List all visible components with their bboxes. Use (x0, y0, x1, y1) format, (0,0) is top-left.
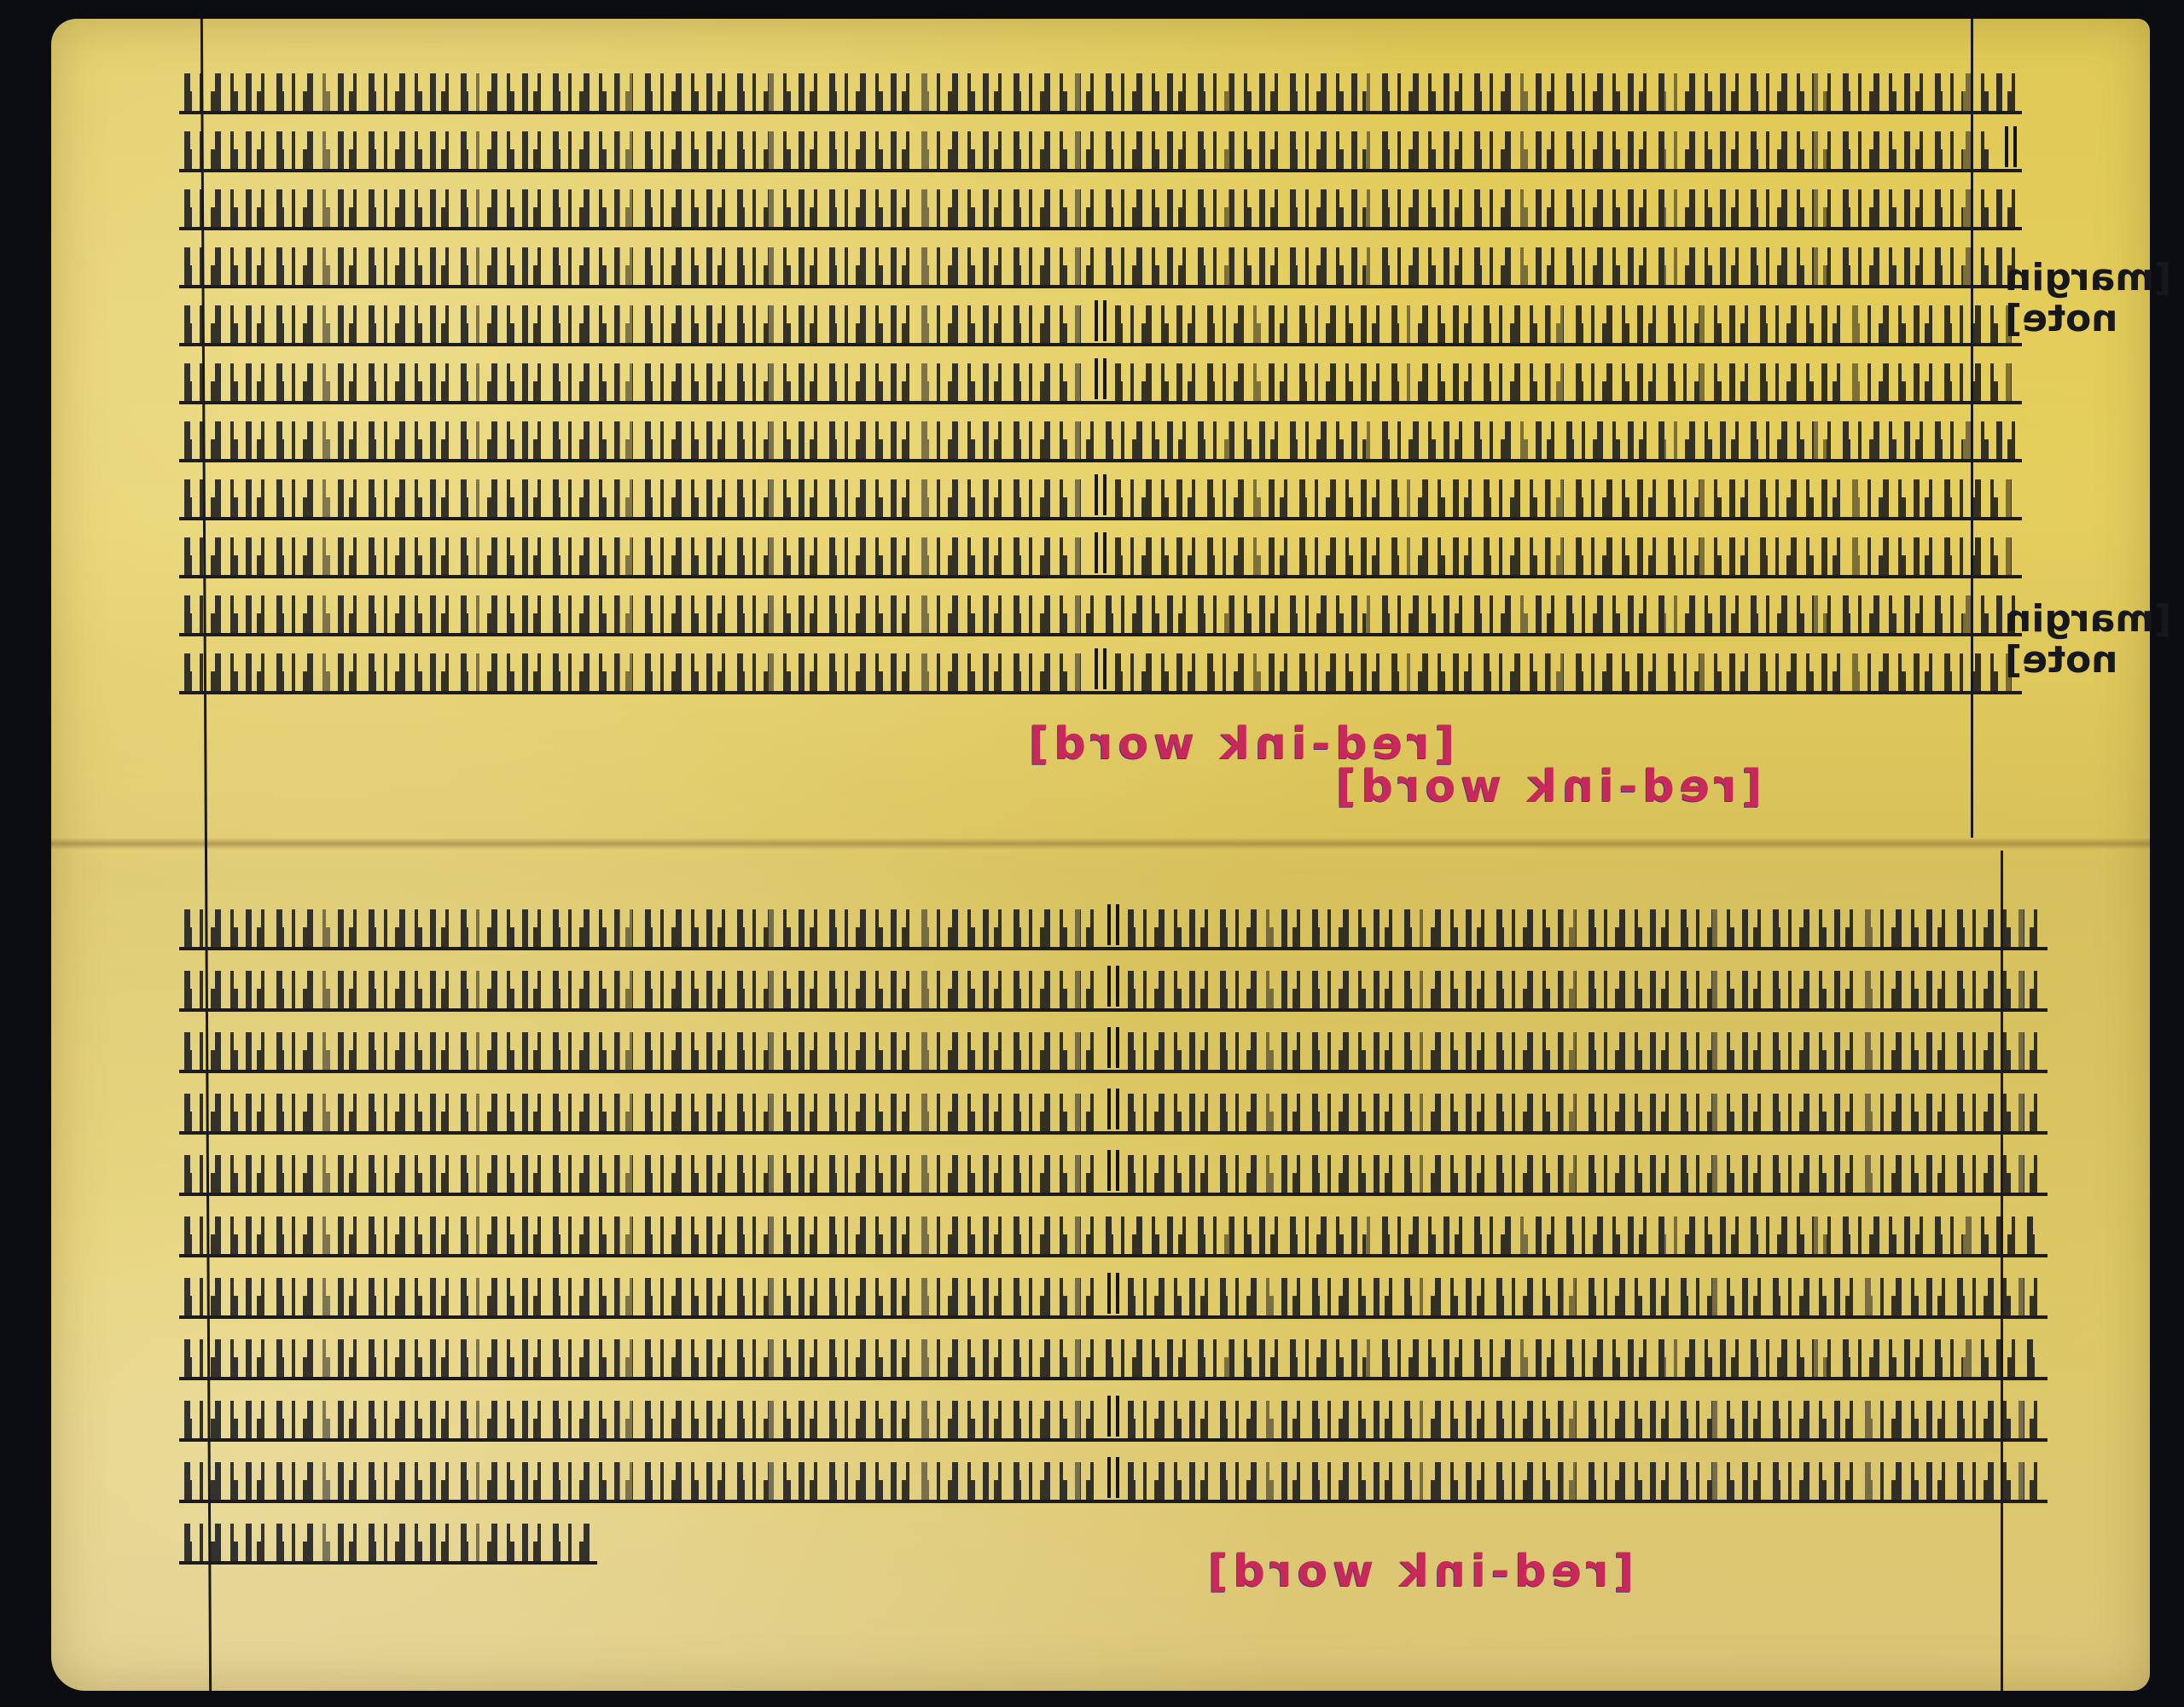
danda-mark (1107, 966, 1119, 1007)
danda-mark (1107, 1089, 1119, 1129)
script-line (184, 421, 2017, 461)
lower-text-block (179, 889, 2047, 1554)
danda-mark (1107, 1027, 1119, 1068)
danda-mark (1107, 1457, 1119, 1498)
margin-note-upper: [margin note] (2005, 258, 2171, 340)
red-annotation-upper-right: [red-ink word] (1331, 761, 1762, 812)
danda-mark (1107, 904, 1119, 945)
script-line (184, 1032, 1099, 1071)
script-line (184, 1278, 1099, 1317)
text-line (179, 1196, 2047, 1257)
script-line (184, 1155, 1099, 1194)
text-line (179, 1319, 2047, 1380)
script-line (1128, 1462, 2042, 1501)
script-line (1128, 1401, 2042, 1440)
text-line (179, 1442, 2047, 1503)
text-line (179, 285, 2022, 346)
text-line (179, 1012, 2047, 1073)
upper-text-block (179, 53, 2022, 710)
text-line (179, 1257, 2047, 1319)
text-line (179, 53, 2022, 114)
script-line (1128, 971, 2042, 1010)
script-line (1128, 1278, 2042, 1317)
script-line (1115, 305, 2017, 345)
script-line (1128, 909, 2042, 949)
danda-mark (1095, 532, 1107, 573)
text-line (179, 517, 2022, 578)
script-line (184, 1339, 2042, 1379)
script-line (184, 909, 1099, 949)
text-line (179, 1073, 2047, 1135)
script-line (184, 131, 1996, 171)
script-line (184, 73, 2017, 113)
text-line (179, 343, 2022, 404)
script-line (184, 1094, 1099, 1133)
margin-note-lower: [margin note] (2005, 599, 2171, 682)
text-line (179, 575, 2022, 636)
text-line (179, 1380, 2047, 1442)
script-line (184, 1462, 1099, 1501)
fold-crease (51, 838, 2150, 850)
script-line (1128, 1155, 2042, 1194)
transcription-status: illegible - image horizontally mirrored (51, 19, 52, 20)
danda-mark (1095, 300, 1107, 341)
text-line (179, 1135, 2047, 1196)
danda-mark (1095, 474, 1107, 515)
script-line (184, 1401, 1099, 1440)
script-line (1128, 1094, 2042, 1133)
danda-mark (1107, 1396, 1119, 1437)
danda-mark (1107, 1150, 1119, 1191)
text-line (179, 227, 2022, 288)
script-line (184, 363, 1086, 403)
script-line (184, 189, 2017, 229)
text-line (179, 633, 2022, 694)
text-line (179, 459, 2022, 520)
script-line (1128, 1032, 2042, 1071)
text-line (179, 111, 2022, 172)
danda-mark (1095, 358, 1107, 399)
text-line (179, 401, 2022, 462)
danda-mark (1107, 1273, 1119, 1314)
script-line (184, 653, 1086, 693)
script-line (184, 595, 2017, 635)
manuscript-folio: illegible - image horizontally mirrored … (51, 19, 2150, 1691)
script-line (1115, 537, 2017, 577)
text-line (179, 169, 2022, 230)
script-line (184, 479, 1086, 519)
text-line (179, 950, 2047, 1012)
script-line (184, 305, 1086, 345)
script-line (184, 247, 2017, 287)
danda-mark (2005, 126, 2017, 167)
red-annotation-lower: [red-ink word] (1203, 1546, 1634, 1597)
script-line (184, 537, 1086, 577)
text-line (179, 889, 2047, 950)
script-line (184, 1524, 592, 1563)
text-line (179, 1503, 597, 1565)
danda-mark (1095, 648, 1107, 689)
script-line (1115, 479, 2017, 519)
script-line (1115, 363, 2017, 403)
script-line (184, 971, 1099, 1010)
script-line (184, 1216, 2042, 1256)
script-line (1115, 653, 2017, 693)
